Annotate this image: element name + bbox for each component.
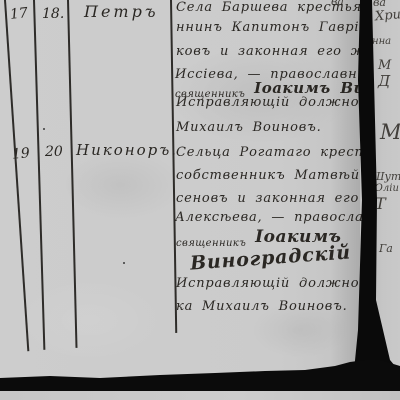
row1-number-male: 17: [9, 5, 28, 23]
register-page-scan: ва 17 18. Петръ Села Баршева крестьяни н…: [0, 0, 400, 400]
row1-child-name: Петръ: [84, 2, 159, 21]
scan-bottom-margin: [0, 391, 400, 400]
adjacent-page-fragment: М: [378, 58, 391, 73]
adjacent-page-fragment: нна: [372, 36, 391, 47]
adjacent-page-fragment: Хрис: [374, 7, 400, 25]
row2-child-name: Никоноръ.: [76, 141, 178, 159]
adjacent-page-fragment: М: [380, 120, 400, 144]
row2-number-male: 19: [11, 145, 30, 162]
adjacent-page-fragment: Га: [379, 242, 393, 255]
table-rule-col1-col2: [33, 0, 45, 350]
row2-text-line: ка Михаилъ Воиновъ.: [176, 300, 348, 314]
ink-dot: [123, 262, 125, 264]
adjacent-page-fragment: Д: [378, 72, 390, 90]
row1-number-order: 18.: [42, 6, 64, 22]
row2-priest-label: священникъ: [176, 238, 246, 249]
row2-number-order: 20: [45, 144, 63, 160]
table-rule-left-edge: [4, 0, 29, 351]
table-rule-col2-name: [67, 0, 77, 348]
gutter-shadow: [330, 0, 360, 375]
row1-text-line: Михаилъ Воиновъ.: [176, 121, 322, 135]
ink-dot: [43, 128, 45, 130]
